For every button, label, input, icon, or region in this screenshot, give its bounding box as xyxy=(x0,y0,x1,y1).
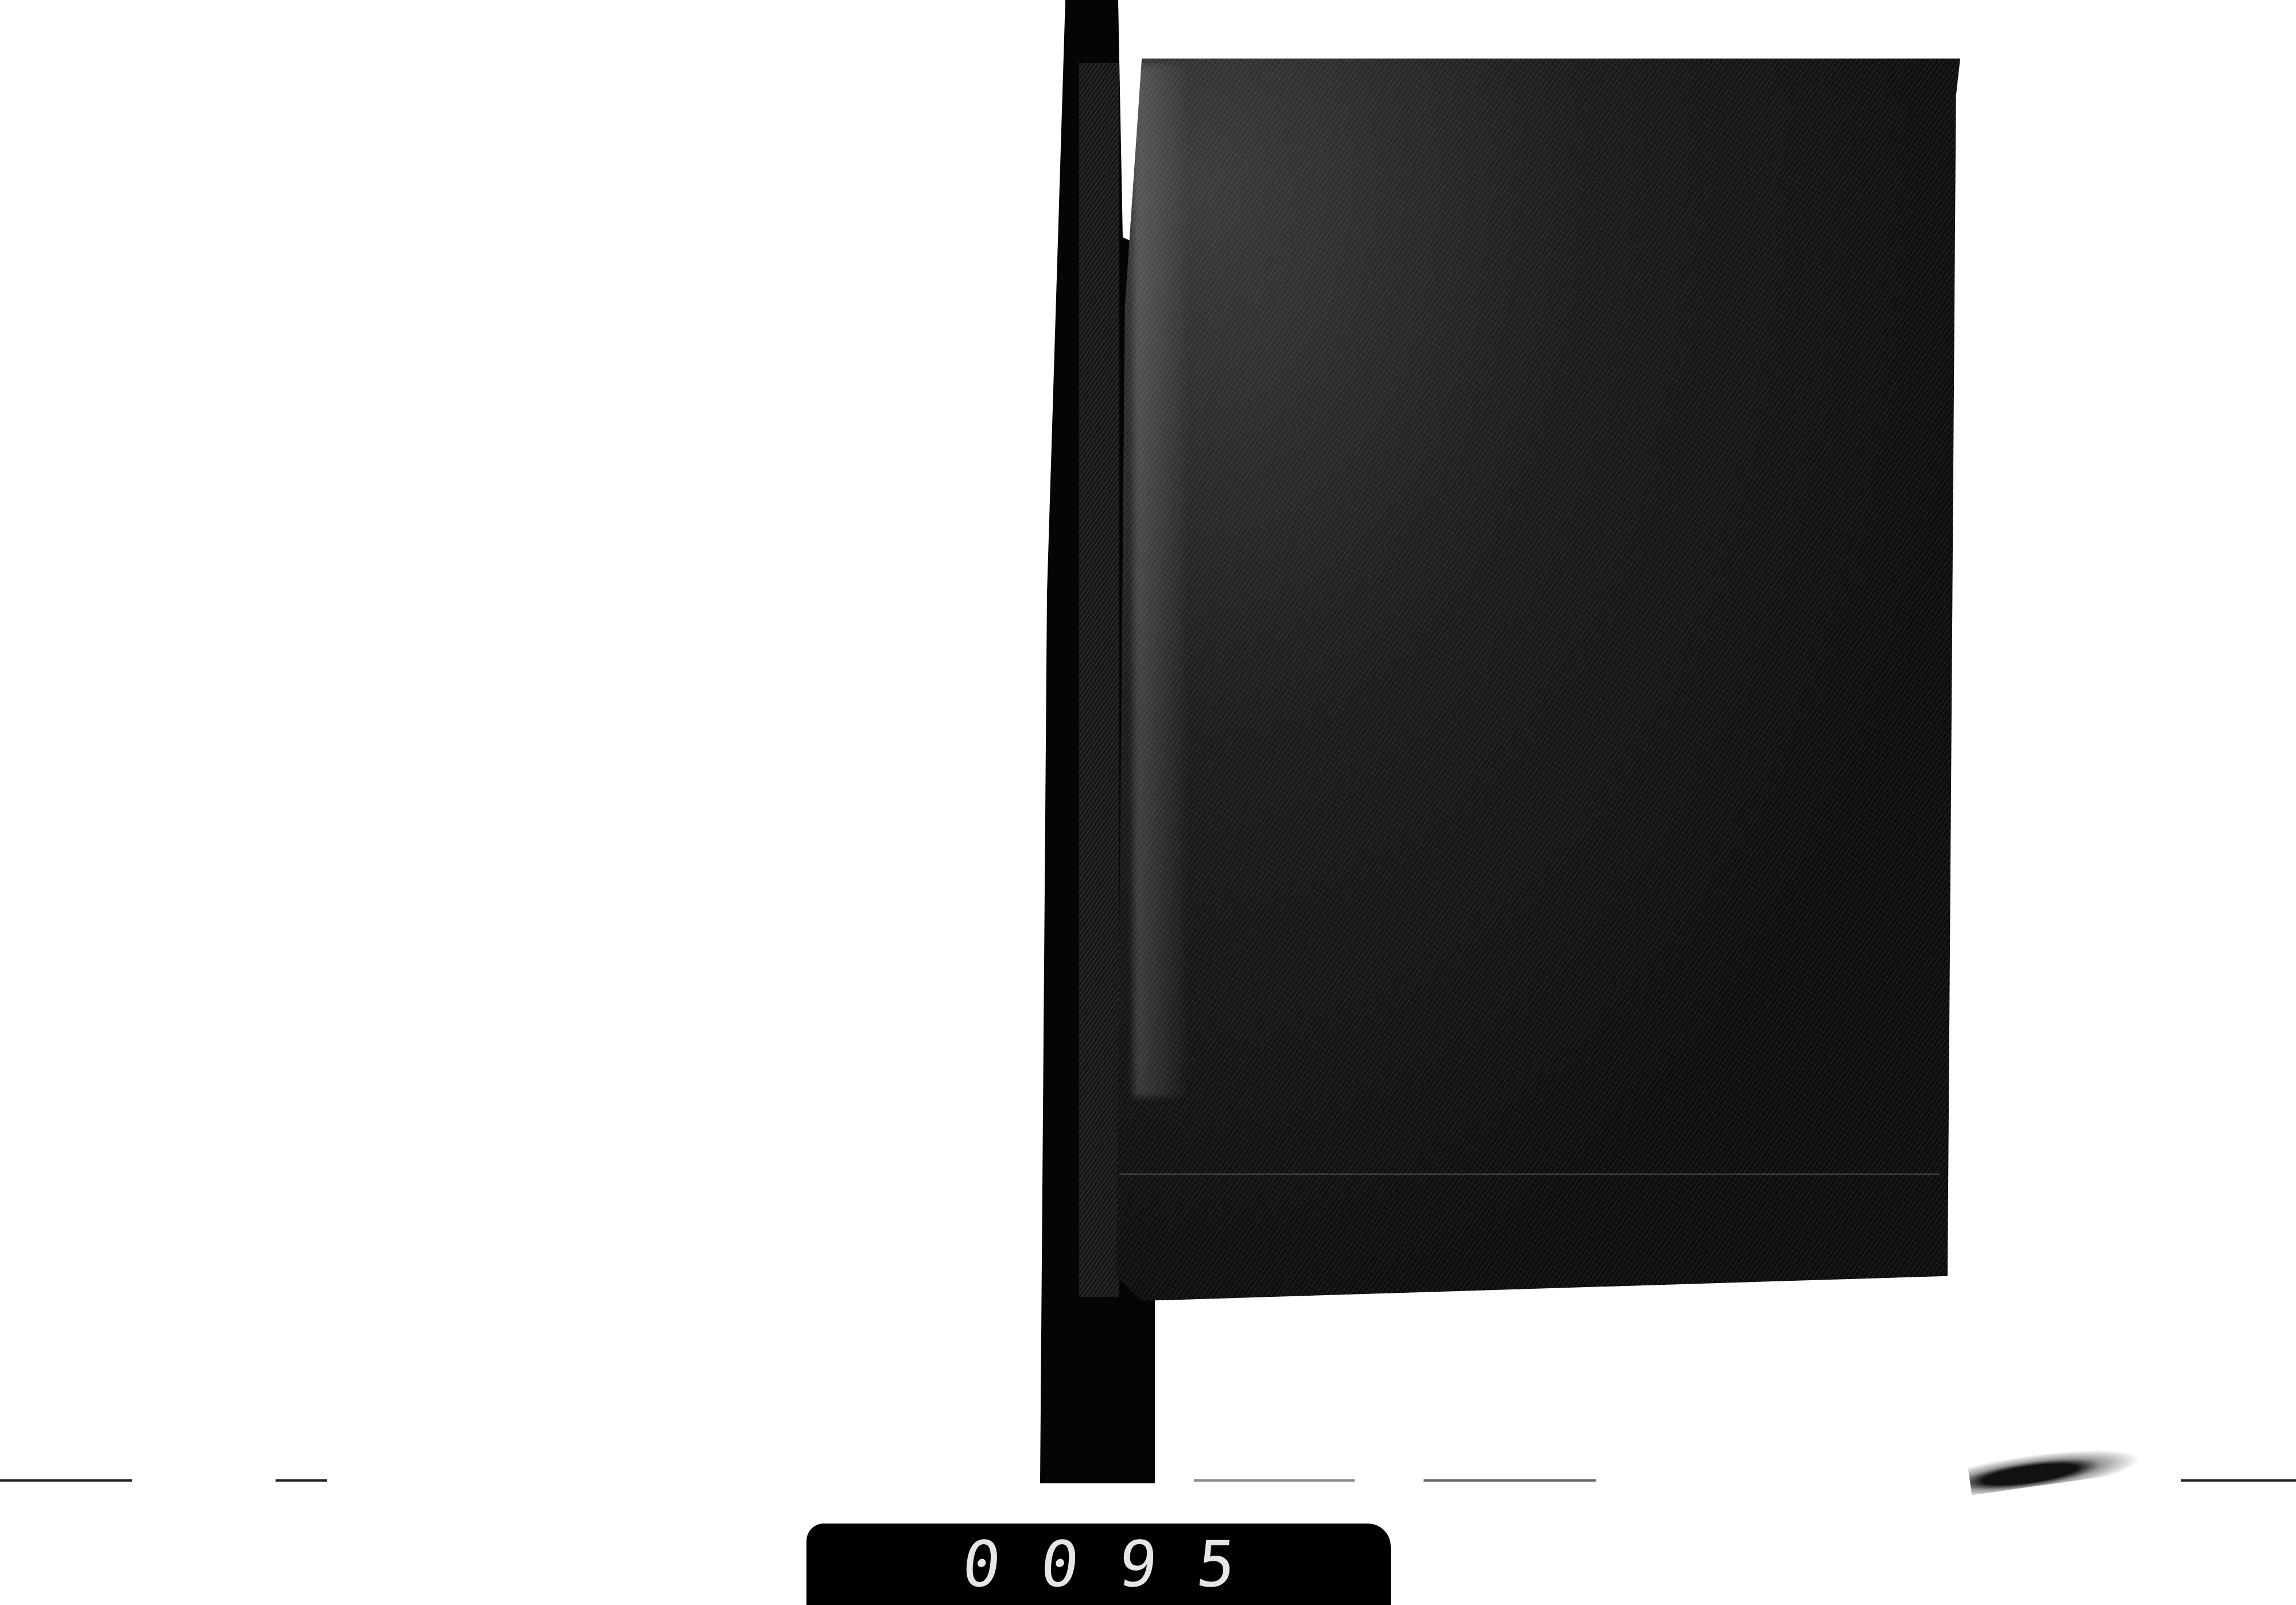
film-edge-line xyxy=(1194,1479,1355,1482)
film-edge-line xyxy=(1424,1479,1596,1482)
frame-counter-label: 0095 xyxy=(806,1524,1391,1605)
spine-texture xyxy=(1079,63,1119,1297)
film-edge-line xyxy=(2181,1479,2296,1482)
film-edge-line xyxy=(276,1479,327,1482)
book-cover xyxy=(1116,59,1960,1301)
cover-crease-line xyxy=(1119,1173,1940,1175)
microfilm-frame: 0095 xyxy=(0,0,2296,1605)
frame-number: 0095 xyxy=(918,1528,1279,1601)
film-edge-line xyxy=(0,1479,132,1482)
cover-edge-highlight xyxy=(1134,64,1185,1097)
film-smudge xyxy=(1968,1440,2143,1495)
